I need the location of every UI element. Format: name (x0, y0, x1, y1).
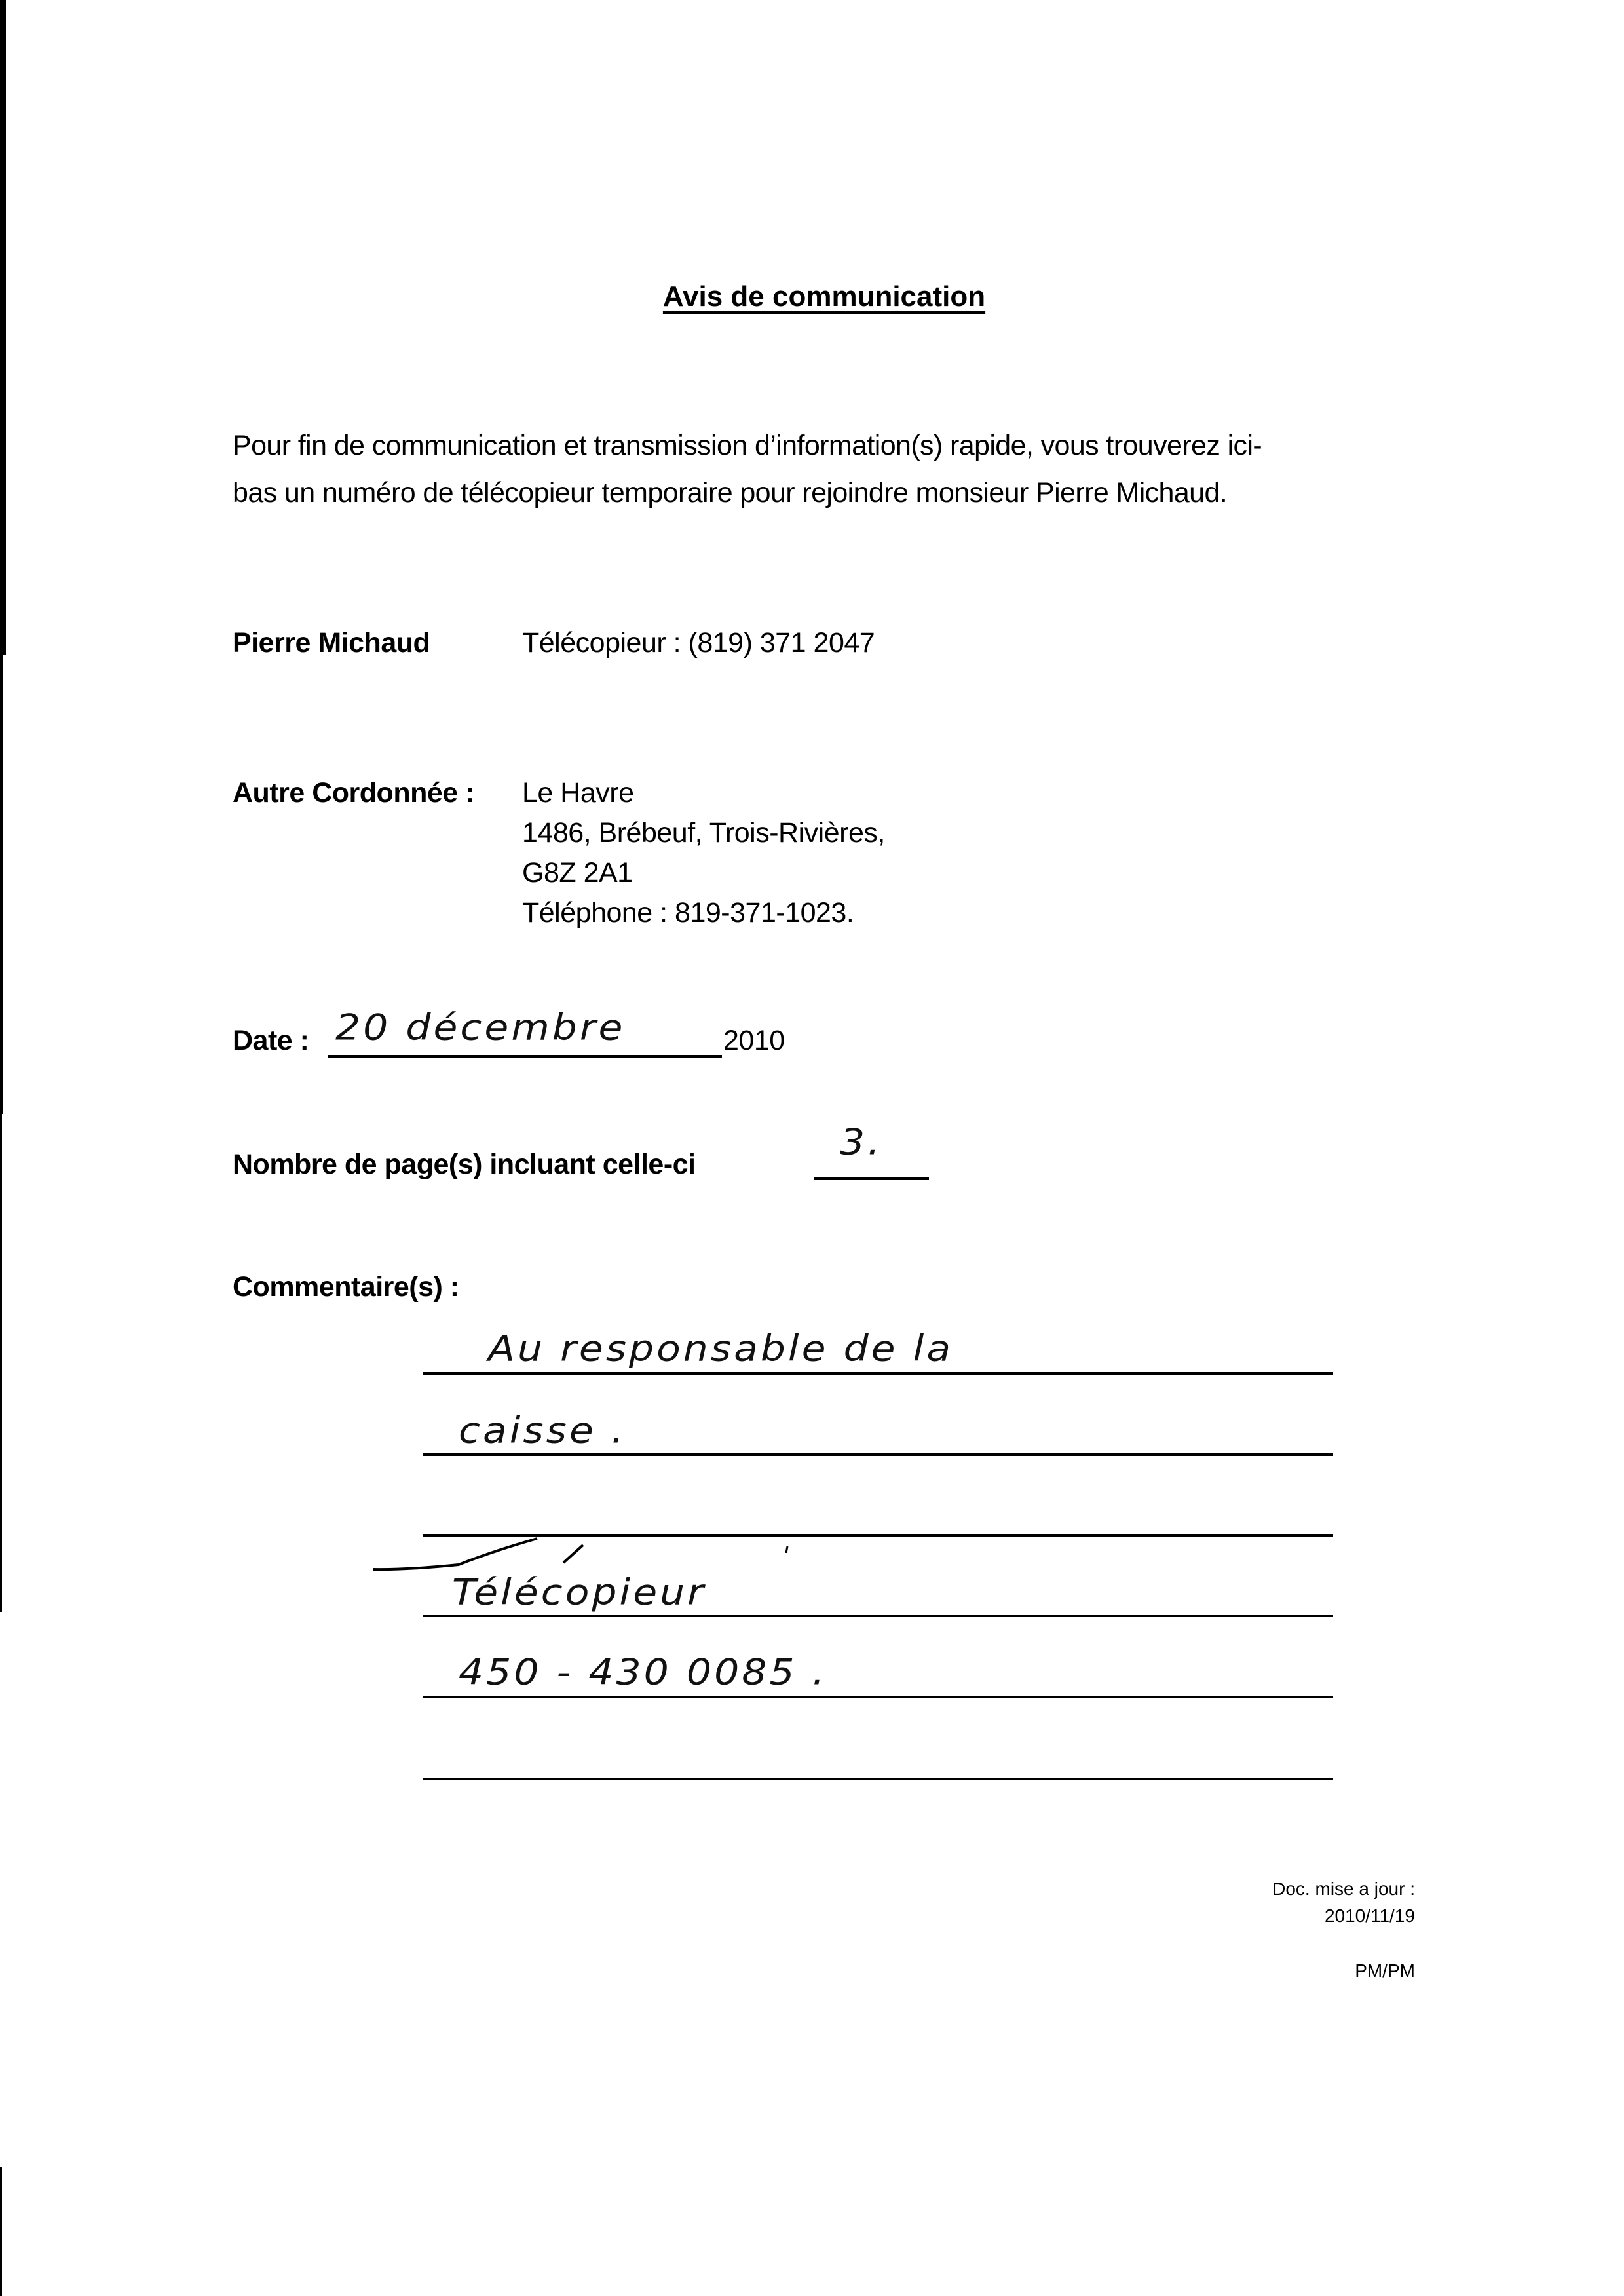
comment-rule (423, 1778, 1333, 1780)
fax-cover-page: Avis de communication Pour fin de commun… (0, 0, 1624, 2296)
comment-rule (423, 1372, 1333, 1375)
intro-line-1: Pour fin de communication et transmissio… (233, 430, 1262, 462)
address-line-1: Le Havre (522, 777, 633, 809)
page-count-label: Nombre de page(s) incluant celle-ci (233, 1149, 696, 1181)
date-field-underline (328, 1055, 722, 1058)
comment-line-1[interactable]: Au responsable de la (488, 1328, 953, 1369)
doc-initials: PM/PM (1355, 1961, 1415, 1981)
comment-rule (423, 1696, 1333, 1698)
address-line-2: 1486, Brébeuf, Trois-Rivières, (522, 817, 885, 849)
comment-line-2[interactable]: caisse . (459, 1410, 626, 1451)
scan-edge-artifact (0, 655, 3, 1114)
scan-edge-artifact (0, 1114, 2, 1612)
other-contact-label: Autre Cordonnée : (233, 777, 474, 809)
comments-label: Commentaire(s) : (233, 1271, 459, 1303)
comment-line-5[interactable]: 450 - 430 0085 . (459, 1652, 827, 1693)
comment-rule (423, 1615, 1333, 1617)
comment-rule (423, 1453, 1333, 1456)
page-count-handwritten[interactable]: 3. (840, 1122, 882, 1163)
comment-line-4[interactable]: Télécopieur (452, 1572, 706, 1613)
fax-number: Télécopieur : (819) 371 2047 (522, 627, 875, 659)
date-label: Date : (233, 1025, 309, 1057)
date-handwritten[interactable]: 20 décembre (335, 1007, 625, 1048)
intro-line-2: bas un numéro de télécopieur temporaire … (233, 477, 1227, 509)
address-line-3: G8Z 2A1 (522, 857, 633, 889)
doc-updated-date: 2010/11/19 (1325, 1905, 1415, 1926)
page-title: Avis de communication (0, 280, 1624, 313)
scan-edge-artifact (0, 0, 6, 655)
contact-name-label: Pierre Michaud (233, 627, 430, 659)
phone-line: Téléphone : 819-371-1023. (522, 897, 854, 929)
page-title-text: Avis de communication (663, 280, 985, 313)
scan-edge-artifact (0, 2167, 2, 2296)
doc-updated-label: Doc. mise a jour : (1272, 1879, 1415, 1900)
date-year: 2010 (723, 1025, 785, 1057)
page-count-underline (814, 1177, 929, 1180)
